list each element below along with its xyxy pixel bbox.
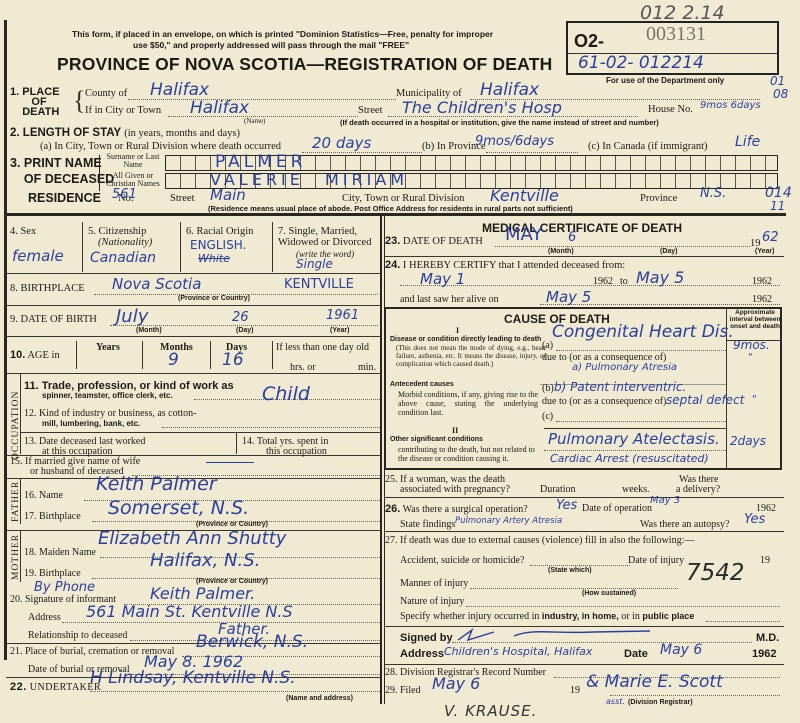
registrar-caption: (Division Registrar) [628,699,693,706]
filed-value[interactable]: May 6 [432,674,480,693]
due-to-b-value[interactable]: septal defect [666,393,744,407]
mother-birthplace-value[interactable]: Halifax, N.S. [150,550,260,571]
stamp-number: 7542 [686,560,745,586]
racial-origin-struck: White [198,252,230,265]
physician-address-label: Address [400,648,444,660]
death-registration-form: This form, if placed in an envelope, on … [0,0,800,723]
father-name-label: 16. Name [24,490,63,501]
stay-city-value[interactable]: 20 days [312,134,371,152]
department-prefix: O2- [574,31,604,52]
age-label: 10. AGE in [10,349,60,361]
other-condition-2[interactable]: Cardiac Arrest (resuscitated) [550,452,709,465]
other-condition-interval[interactable]: 2days [730,434,766,448]
undertaker-value[interactable]: H Lindsay, Kentville N.S. [90,668,296,688]
municipality-value[interactable]: Halifax [480,80,539,100]
burial-place-value[interactable]: Berwick, N.S. [196,632,308,652]
marital-status-value[interactable]: Single [296,257,333,271]
residence-city-value[interactable]: Kentville [490,186,559,205]
antecedent-label: Antecedent causes [390,381,454,388]
filed-label: 29. Filed [385,685,421,696]
findings-value[interactable]: Pulmonary Artery Atresia [455,516,562,526]
informant-signature-value[interactable]: Keith Palmer. [150,584,255,603]
margin-code-2: 08 [773,87,788,101]
cause-b-value[interactable]: b) Patent interventric. [554,380,686,394]
cause-a-value[interactable]: Congenital Heart Dis. [552,322,734,342]
informant-address-value[interactable]: 561 Main St. Kentville N.S [86,602,293,621]
county-value[interactable]: Halifax [150,80,209,100]
place-of-death-label: 1. PLACE OF DEATH [10,87,60,117]
surname-value[interactable]: PALMER [215,152,307,172]
father-birthplace-value[interactable]: Somerset, N.S. [108,497,249,519]
father-birthplace-label: 17. Birthplace [24,511,81,522]
length-of-stay-label: 2. LENGTH OF STAY (in years, months and … [10,127,240,139]
residence-no-value[interactable]: 561 [112,187,137,202]
dob-month[interactable]: July [116,306,148,327]
physician-date-value[interactable]: May 6 [660,642,702,658]
citizenship-label: 5. Citizenship [88,226,146,237]
last-saw-label: and last saw her alive on [400,294,499,305]
sex-label: 4. Sex [10,226,36,237]
margin-code-4: 11 [770,199,785,213]
street-label: Street [358,105,383,116]
stay-city-label: (a) In City, Town or Rural Division wher… [40,141,281,152]
industry-label: 12. Kind of industry or business, as cot… [24,408,197,419]
father-name-value[interactable]: Keith Palmer [96,473,217,495]
physician-address-value[interactable]: Children's Hospital, Halifax [444,645,592,658]
dod-month[interactable]: MAY [505,224,542,245]
cause-a-interval[interactable]: 9mos. [733,338,770,352]
department-caption: For use of the Department only [606,76,724,85]
mother-name-value[interactable]: Elizabeth Ann Shutty [98,528,286,549]
stay-province-value[interactable]: 9mos/6days [475,134,554,149]
dob-day[interactable]: 26 [232,310,249,325]
hospital-note: (If death occurred in a hospital or inst… [340,118,659,127]
registrar-signature: & Marie E. Scott [586,672,723,692]
mail-notice-2: use $50," and properly addressed will pa… [133,40,409,50]
last-saw-value[interactable]: May 5 [546,288,591,306]
operation-date-value[interactable]: May 3 [650,495,680,506]
department-box: O2- 003131 61-02- 012214 [566,21,779,75]
dob-label: 9. DATE OF BIRTH [10,314,97,325]
signed-by-label: Signed by [400,632,453,644]
stay-canada-value[interactable]: Life [735,134,760,150]
house-no-value[interactable]: 9mos 6days [700,100,761,111]
racial-origin-label: 6. Racial Origin [186,226,253,237]
county-label: County of [85,88,127,99]
margin-code-1: 01 [770,74,785,88]
mother-birthplace-label: 19. Birthplace [24,568,81,579]
dod-day[interactable]: 6 [568,230,576,245]
informant-address-label: Address [28,612,61,623]
city-value[interactable]: Halifax [190,98,249,118]
left-border [4,20,7,660]
marital-status-label: 7. Single, Married, Widowed or Divorced [278,226,378,248]
other-condition-1[interactable]: Pulmonary Atelectasis. [548,430,720,448]
relationship-label: Relationship to deceased [28,630,127,641]
attended-to[interactable]: May 5 [636,268,684,287]
house-no-label: House No. [648,104,693,115]
city-label: If in City or Town [85,105,161,116]
dob-year[interactable]: 1961 [326,308,359,323]
stay-canada-label: (c) In Canada (if immigrant) [588,141,708,152]
attended-from[interactable]: May 1 [420,270,465,288]
date-of-death-label: 23. DATE OF DEATH [385,235,483,247]
racial-origin-value[interactable]: ENGLISH. [190,238,246,252]
residence-street-value[interactable]: Main [210,186,246,204]
stamped-number: 003131 [646,23,706,46]
handwritten-reg-number: 61-02- 012214 [578,53,704,73]
other-conditions-label: Other significant conditions [390,436,483,443]
spouse-dash [206,462,254,463]
birthplace-value[interactable]: Nova Scotia [112,275,201,293]
street-value[interactable]: The Children's Hosp [402,98,562,117]
age-months-value[interactable]: 9 [168,350,179,370]
birthplace-town[interactable]: KENTVILLE [284,277,354,292]
injury-location-label: Specify whether injury occurred in indus… [400,611,694,622]
sex-value[interactable]: female [12,247,64,265]
residence-province-value[interactable]: N.S. [700,186,726,201]
external-causes-label: 27. If death was due to external causes … [385,535,694,546]
trade-value[interactable]: Child [262,383,310,405]
physician-signature [454,624,654,644]
dod-year[interactable]: 62 [762,230,779,245]
direct-cause-label: Disease or condition directly leading to… [390,336,541,343]
surname-caption: Surname or Last Name [104,153,162,169]
residence-label: RESIDENCE [28,191,101,205]
birthplace-label: 8. BIRTHPLACE [10,283,85,294]
undertaker-label: 22. UNDERTAKER [10,681,101,693]
age-days-value[interactable]: 16 [222,350,244,370]
mail-notice-1: This form, if placed in an envelope, on … [72,29,493,39]
given-name-2[interactable]: MIRIAM [325,170,408,189]
form-title: PROVINCE OF NOVA SCOTIA—REGISTRATION OF … [57,54,552,75]
due-to-a-value[interactable]: a) Pulmonary Atresia [572,362,677,373]
given-caption: All Given or Christian Names [102,172,164,188]
footer-handwritten-note: V. KRAUSE. [444,702,537,720]
informant-note: By Phone [34,580,95,595]
surgical-operation-label: 26. Was there a surgical operation? [385,503,528,515]
autopsy-value[interactable]: Yes [744,512,765,527]
interval-header: Approximate interval between onset and d… [729,309,781,330]
citizenship-value[interactable]: Canadian [90,250,156,266]
mother-name-label: 18. Maiden Name [24,547,96,558]
surgical-operation-value[interactable]: Yes [556,498,577,513]
residence-note: (Residence means usual place of abode. P… [208,204,573,213]
